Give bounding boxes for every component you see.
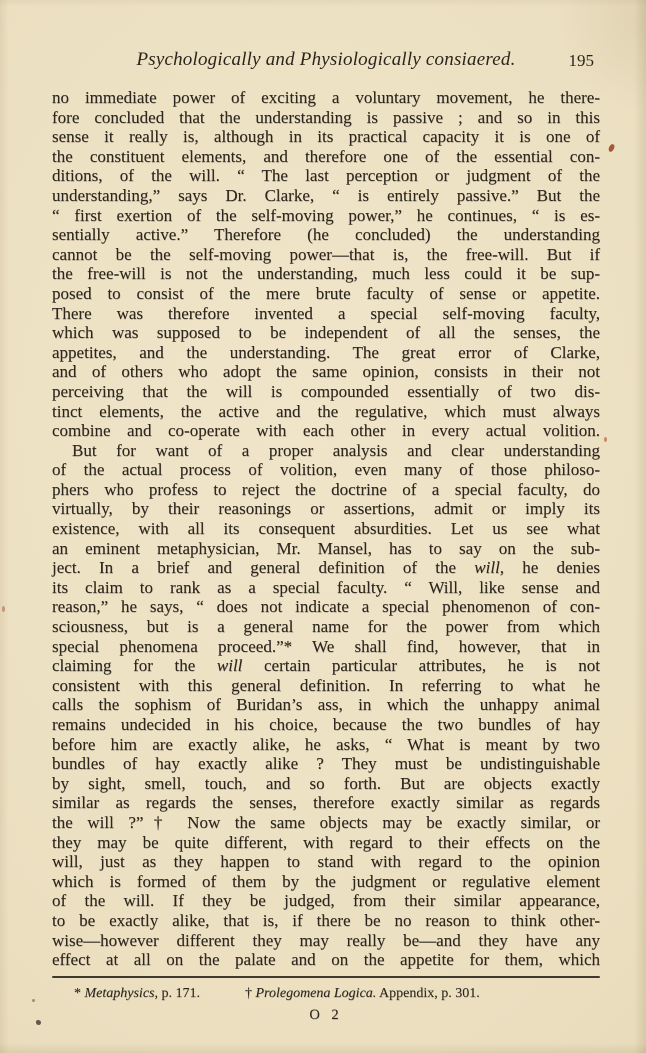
text-line: perceiving that the will is compounded e… <box>52 382 600 402</box>
text-line: by sight, smell, touch, and so forth. Bu… <box>52 774 600 794</box>
text-line: virtually, by their reasonings or assert… <box>52 499 600 519</box>
text-line: effect at all on the palate and on the a… <box>52 950 600 970</box>
text-line: before him are exactly alike, he asks, “… <box>52 735 600 755</box>
text-line: and of others who adopt the same opinion… <box>52 362 600 382</box>
text-line: will, just as they happen to stand with … <box>52 852 600 872</box>
text-line: posed to consist of the mere brute facul… <box>52 284 600 304</box>
paragraph-2: But for want of a proper analysis and cl… <box>52 441 600 970</box>
red-edge-speck <box>2 606 5 612</box>
text-line: its claim to rank as a special faculty. … <box>52 578 600 598</box>
text-line: ject. In a brief and general definition … <box>52 558 600 578</box>
text-line: to be exactly alike, that is, if there b… <box>52 911 600 931</box>
running-header: Psychologically and Physiologically cons… <box>52 49 600 75</box>
footnote-rule <box>52 976 600 978</box>
text-line: sense it really is, although in its prac… <box>52 127 600 147</box>
footnote-prolegomena: † Prolegomena Logica. Appendix, p. 301. <box>245 985 480 1002</box>
text-line: There was therefore invented a special s… <box>52 304 600 324</box>
text-line: ditions, of the will. “ The last percept… <box>52 166 600 186</box>
text-line: remains undecided in his choice, because… <box>52 715 600 735</box>
text-line: “ first exertion of the self-moving powe… <box>52 206 600 226</box>
page-number: 195 <box>569 51 595 71</box>
book-page: Psychologically and Physiologically cons… <box>0 0 646 1053</box>
signature-mark: O 2 <box>52 1007 600 1024</box>
text-line: bundles of hay exactly alike ? They must… <box>52 754 600 774</box>
paragraph-1: no immediate power of exciting a volunta… <box>52 88 600 441</box>
red-ink-speck <box>608 143 616 152</box>
text-line: calls the sophism of Buridan’s ass, in w… <box>52 695 600 715</box>
text-line: an eminent metaphysician, Mr. Mansel, ha… <box>52 539 600 559</box>
text-line: wise—however different they may really b… <box>52 931 600 951</box>
running-header-title: Psychologically and Physiologically cons… <box>52 49 600 71</box>
text-line: sentially active.” Therefore (he conclud… <box>52 225 600 245</box>
text-line: of the actual process of volition, even … <box>52 460 600 480</box>
text-line: existence, with all its consequent absur… <box>52 519 600 539</box>
text-line: which is formed of them by the judgment … <box>52 872 600 892</box>
footnote-row: * Metaphysics, p. 171. † Prolegomena Log… <box>52 985 600 1002</box>
text-line: appetites, and the understanding. The gr… <box>52 343 600 363</box>
text-line: the constituent elements, and therefore … <box>52 147 600 167</box>
text-line: the free-will is not the understanding, … <box>52 264 600 284</box>
text-line: tinct elements, the active and the regul… <box>52 402 600 422</box>
text-line: special phenomena proceed.”* We shall fi… <box>52 637 600 657</box>
footnote-area: * Metaphysics, p. 171. † Prolegomena Log… <box>52 976 600 1024</box>
text-line: fore concluded that the understanding is… <box>52 108 600 128</box>
text-line: understanding,” says Dr. Clarke, “ is en… <box>52 186 600 206</box>
text-line: similar as regards the senses, therefore… <box>52 793 600 813</box>
text-line: But for want of a proper analysis and cl… <box>52 441 600 461</box>
text-line: they may be quite different, with regard… <box>52 833 600 853</box>
text-line: which was supposed to be independent of … <box>52 323 600 343</box>
text-line: consistent with this general definition.… <box>52 676 600 696</box>
text-line: no immediate power of exciting a volunta… <box>52 88 600 108</box>
text-line: of the will. If they be judged, from the… <box>52 891 600 911</box>
text-line: cannot be the self-moving power—that is,… <box>52 245 600 265</box>
page-body: no immediate power of exciting a volunta… <box>52 88 600 970</box>
dark-speck <box>36 1020 41 1025</box>
faint-speck <box>32 999 35 1002</box>
text-line: phers who profess to reject the doctrine… <box>52 480 600 500</box>
text-line: sciousness, but is a general name for th… <box>52 617 600 637</box>
text-line: reason,” he says, “ does not indicate a … <box>52 597 600 617</box>
text-line: claiming for the will certain particular… <box>52 656 600 676</box>
text-line: the will ?”† Now the same objects may be… <box>52 813 600 833</box>
footnote-metaphysics: * Metaphysics, p. 171. <box>74 985 200 1002</box>
text-line: combine and co-operate with each other i… <box>52 421 600 441</box>
red-ink-speck-small <box>604 437 607 442</box>
